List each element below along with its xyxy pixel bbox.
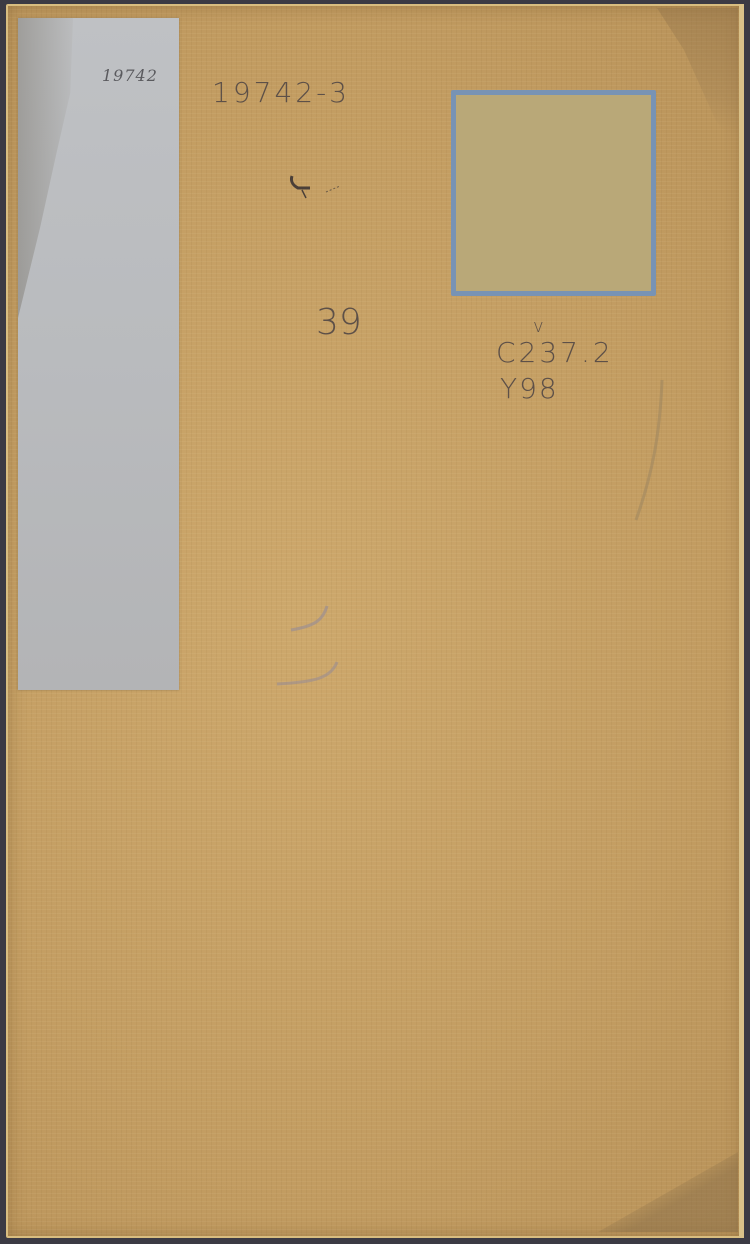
- ink-smudge-icon: [288, 172, 348, 202]
- accession-number: 19742-3: [212, 76, 350, 109]
- title-slip-number: 19742: [102, 66, 158, 85]
- title-slip-stain: [18, 18, 73, 318]
- pencil-streak-icon: [632, 375, 672, 525]
- blue-bordered-label: [451, 90, 656, 296]
- corner-stain-bottom-right: [598, 1152, 738, 1232]
- corner-stain-top-right: [648, 8, 738, 148]
- cover-edge: [739, 4, 744, 1238]
- call-number-class: C237.2: [496, 336, 614, 369]
- faint-pencil-mark-icon: [275, 600, 345, 690]
- title-slip: 19742: [18, 18, 179, 690]
- volume-number: 39: [316, 302, 362, 343]
- call-number-cutter: Y98: [500, 372, 559, 405]
- check-mark: v: [533, 316, 544, 337]
